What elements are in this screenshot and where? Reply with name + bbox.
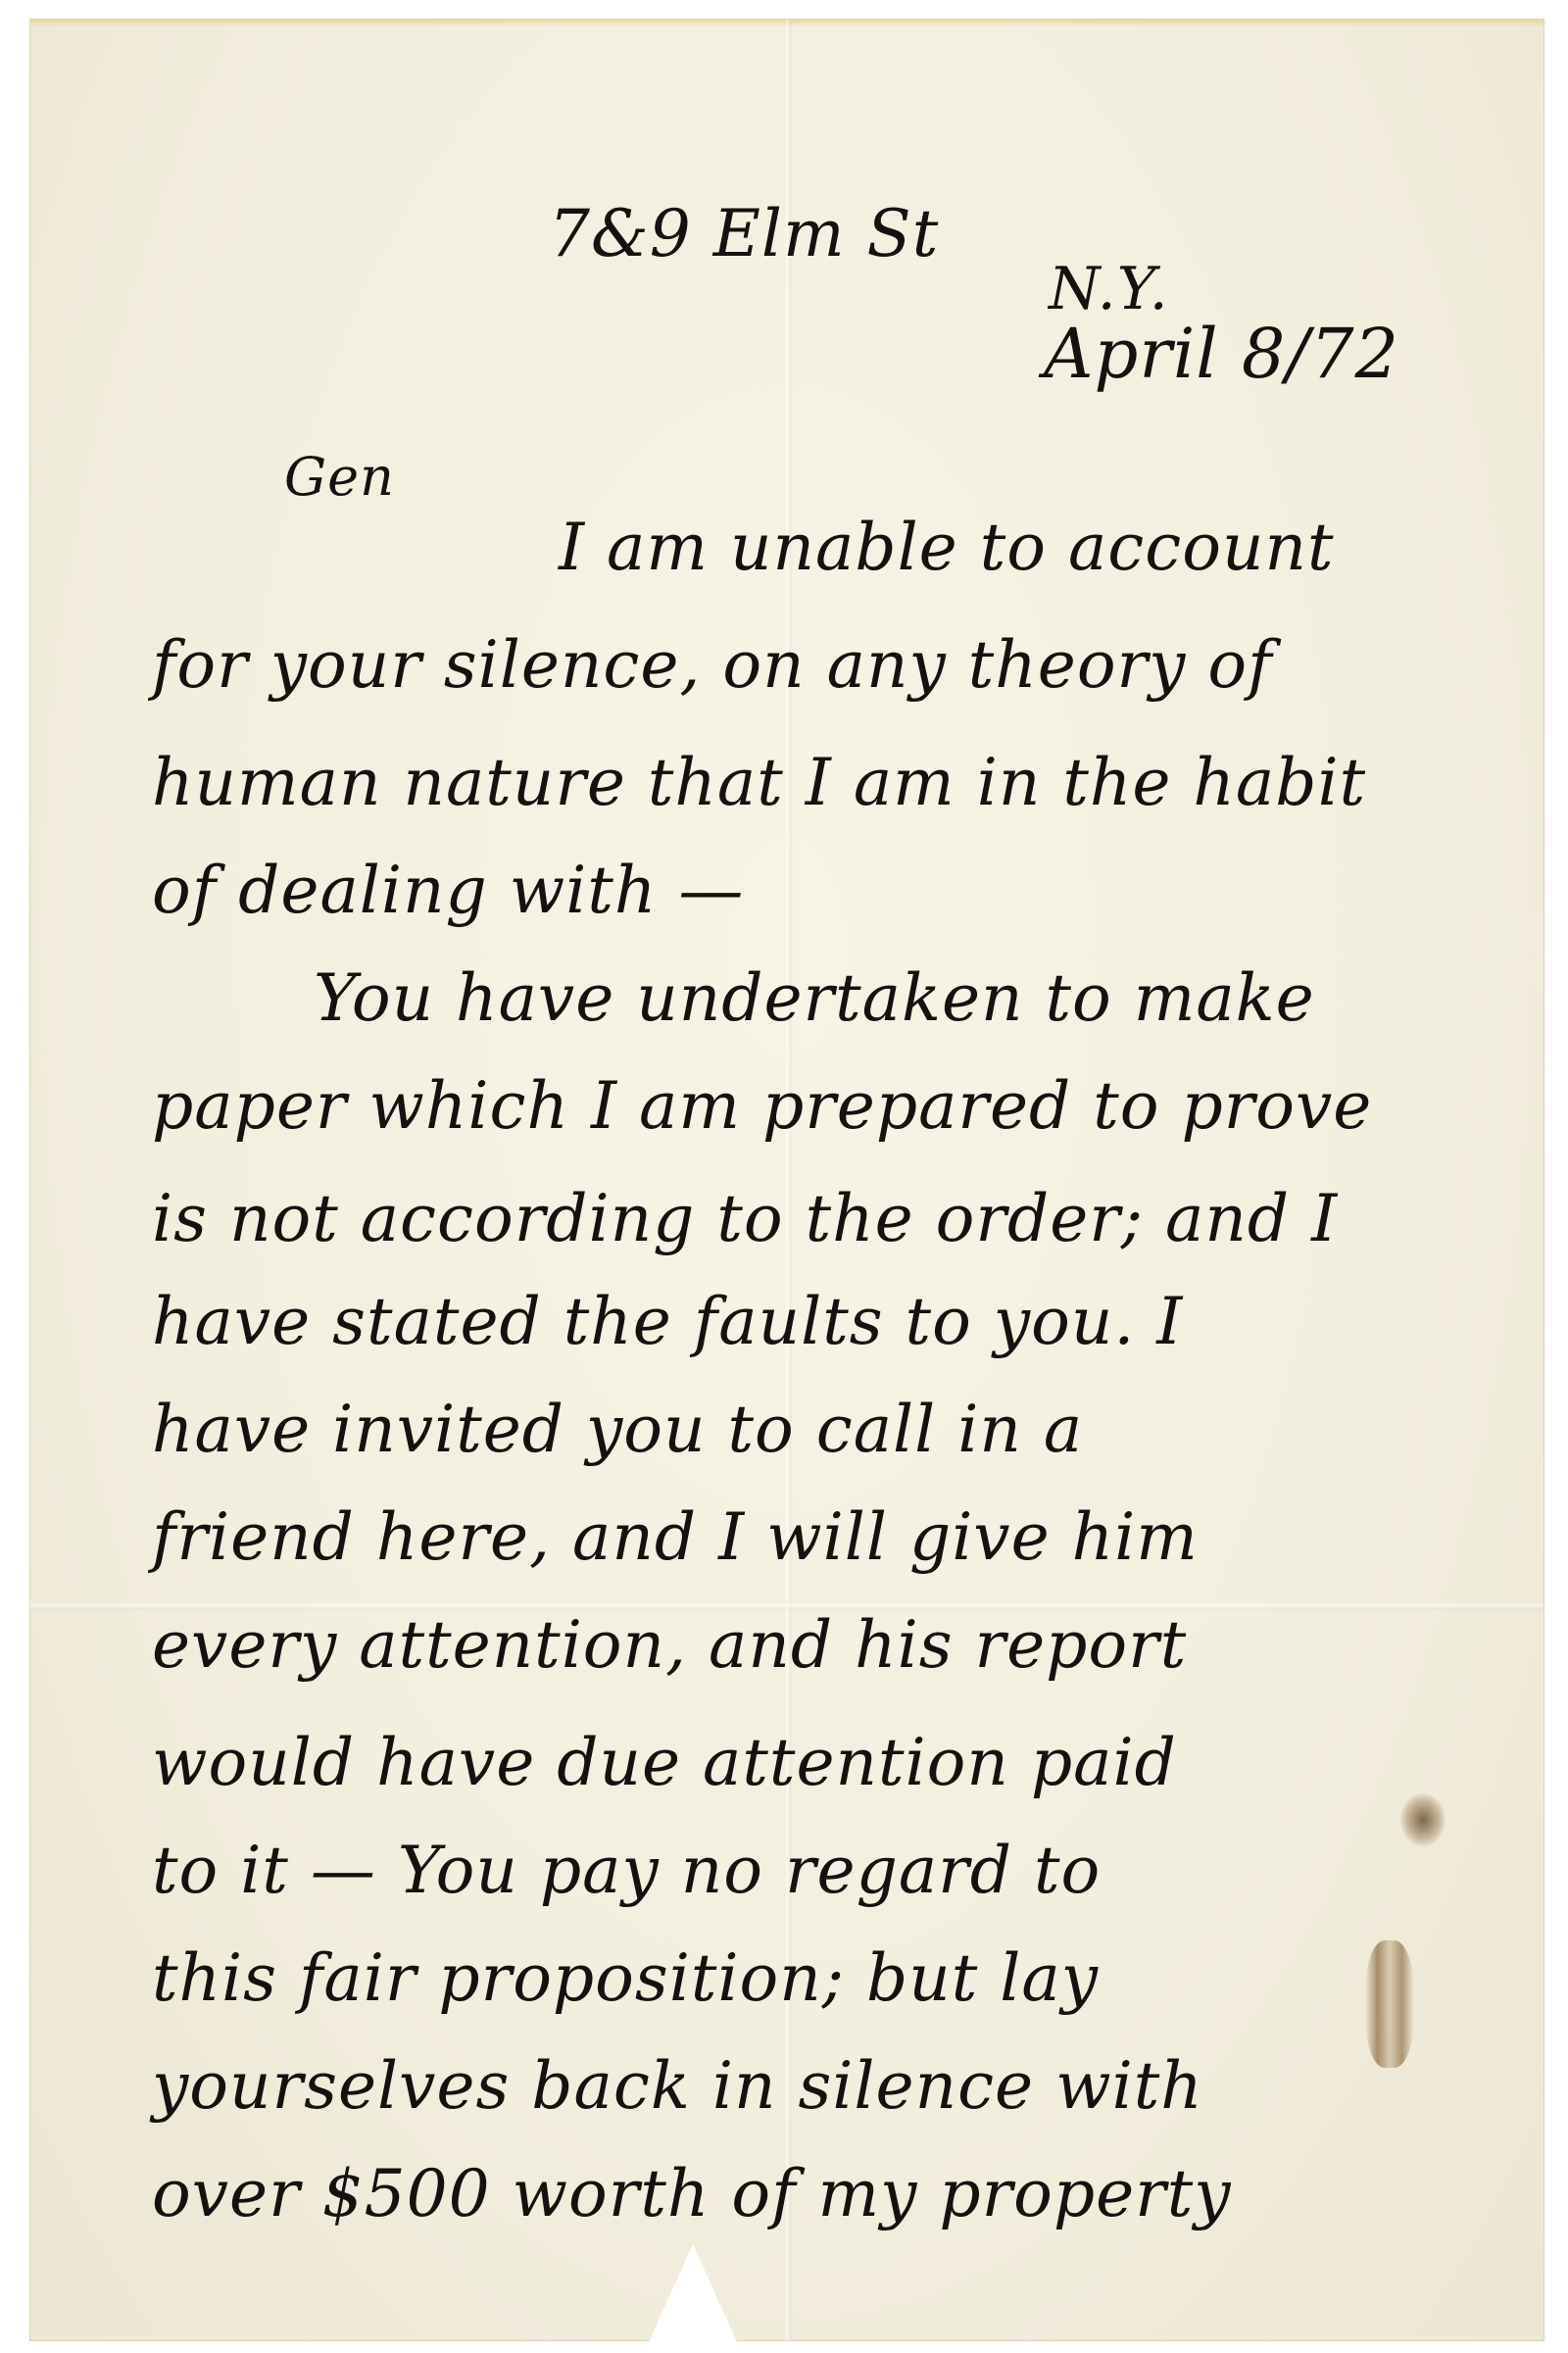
body-line: paper which I am prepared to prove xyxy=(152,1068,1372,1144)
body-line: of dealing with — xyxy=(152,853,744,928)
body-line: would have due attention paid xyxy=(152,1725,1177,1800)
heading-date: April 8/72 xyxy=(1044,314,1399,394)
body-line: yourselves back in silence with xyxy=(152,2048,1203,2124)
body-line: is not according to the order; and I xyxy=(152,1181,1338,1256)
body-line: for your silence, on any theory of xyxy=(152,627,1273,703)
body-line: human nature that I am in the habit xyxy=(152,745,1366,820)
body-line: friend here, and I will give him xyxy=(152,1499,1199,1575)
salutation: Gen xyxy=(284,446,395,508)
body-line: this fair proposition; but lay xyxy=(152,1940,1099,2016)
heading-address: 7&9 Elm St xyxy=(549,196,939,271)
body-line: have invited you to call in a xyxy=(152,1392,1083,1467)
body-line: have stated the faults to you. I xyxy=(152,1284,1183,1359)
body-line: I am unable to account xyxy=(559,510,1335,585)
body-line: every attention, and his report xyxy=(152,1607,1187,1683)
body-line: over $500 worth of my property xyxy=(152,2156,1232,2231)
body-line: to it — You pay no regard to xyxy=(152,1833,1101,1908)
ink-smear xyxy=(1365,1940,1414,2068)
body-line: You have undertaken to make xyxy=(314,960,1315,1036)
ink-stain xyxy=(1400,1793,1445,1846)
torn-notch xyxy=(649,2244,737,2342)
